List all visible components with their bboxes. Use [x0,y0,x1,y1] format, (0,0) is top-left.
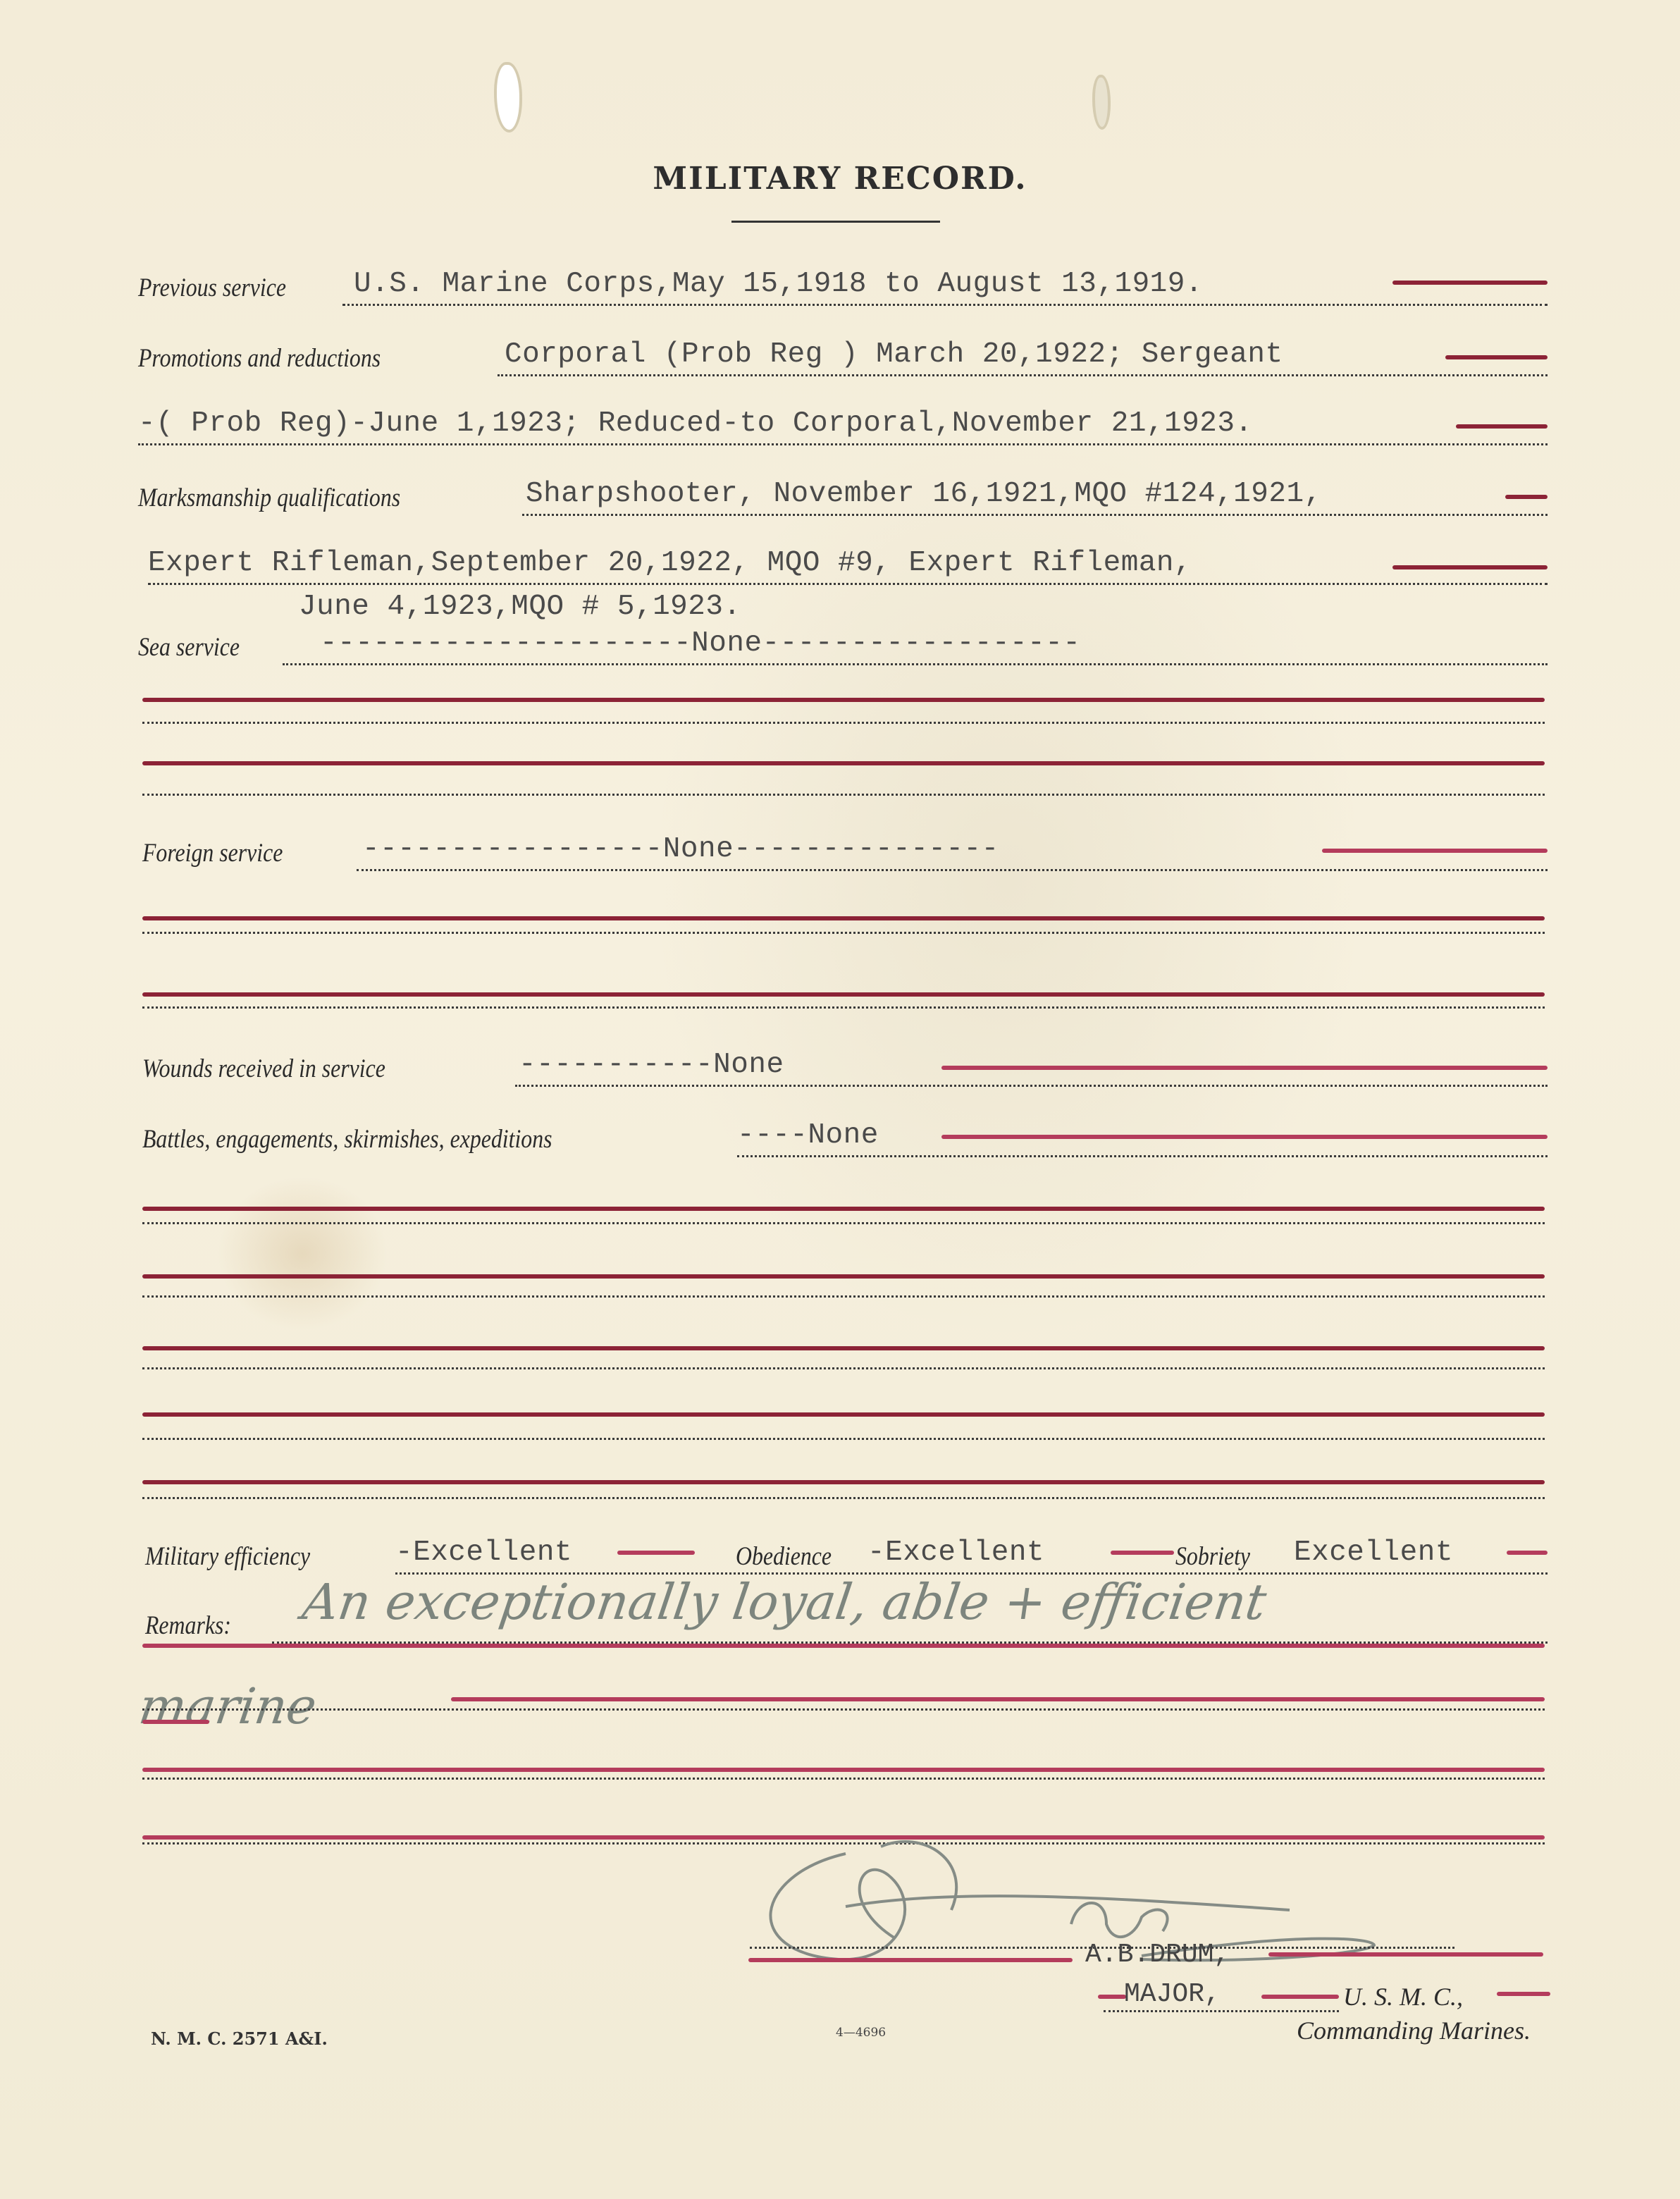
dotted-rule [148,583,1548,585]
sea-service-value: ---------------------None---------------… [320,627,1080,660]
promotions-value-line2: -( Prob Reg)-June 1,1923; Reduced-to Cor… [138,407,1253,440]
marksmanship-value-line1: Sharpshooter, November 16,1921,MQO #124,… [526,478,1322,510]
red-rule [142,1412,1545,1417]
battles-label: Battles, engagements, skirmishes, expedi… [142,1124,552,1154]
remarks-handwriting-line2: marine [135,1677,320,1735]
dotted-rule [142,932,1545,934]
punch-hole-left [497,65,519,130]
field-previous-service: Previous service U.S. Marine Corps,May 1… [138,266,1548,309]
obedience-label: Obedience [736,1541,832,1572]
red-rule [1261,1995,1339,1999]
sobriety-label: Sobriety [1175,1541,1250,1572]
previous-service-value: U.S. Marine Corps,May 15,1918 to August … [354,268,1203,300]
sea-service-label: Sea service [138,632,240,663]
red-rule [142,698,1545,702]
wounds-label: Wounds received in service [142,1054,385,1084]
red-rule [142,1768,1545,1772]
field-wounds: Wounds received in service -----------No… [138,1047,1548,1090]
dotted-rule [737,1155,1548,1157]
military-efficiency-label: Military efficiency [145,1541,310,1572]
red-rule [1322,849,1548,853]
field-marksmanship: Marksmanship qualifications Sharpshooter… [138,476,1548,519]
dotted-rule [498,374,1548,376]
field-battles: Battles, engagements, skirmishes, expedi… [138,1118,1548,1160]
dotted-rule [142,1708,1545,1711]
red-rule [617,1551,695,1555]
red-rule [1098,1995,1126,1999]
red-rule [1497,1992,1550,1996]
page-title: MILITARY RECORD. [0,161,1680,197]
dotted-rule [522,514,1548,516]
red-rule [748,1958,1073,1962]
red-rule [1392,281,1548,285]
red-rule [142,1644,1545,1648]
form-number: N. M. C. 2571 A&I. [151,2028,328,2049]
dotted-rule [142,1222,1545,1224]
dotted-rule [138,443,1548,445]
marksmanship-value-line2: Expert Rifleman,September 20,1922, MQO #… [148,547,1192,579]
promotions-label: Promotions and reductions [138,343,381,374]
red-rule [1505,495,1548,499]
red-rule [941,1135,1548,1139]
dotted-rule [142,1778,1545,1780]
red-rule [142,1274,1545,1279]
wounds-value: -----------None [519,1049,784,1081]
dotted-rule [283,663,1548,665]
red-rule [142,1207,1545,1211]
marksmanship-value-line3: June 4,1923,MQO # 5,1923. [299,591,741,623]
signatory-name: A.B.DRUM, [1085,1940,1230,1970]
field-marksmanship-continued-2: June 4,1923,MQO # 5,1923. [138,589,1548,632]
obedience-value: -Excellent [867,1536,1044,1569]
red-rule [142,916,1545,920]
red-rule [1456,424,1548,429]
marksmanship-label: Marksmanship qualifications [138,483,400,513]
red-rule [1507,1551,1548,1555]
dotted-rule [142,794,1545,796]
remarks-handwriting-line1: An exceptionally loyal, able + efficient [299,1573,1270,1631]
dotted-rule [357,869,1548,871]
dotted-rule [142,1367,1545,1369]
red-rule [142,761,1545,765]
dotted-rule [142,722,1545,724]
title-underline [731,221,940,223]
red-rule [1445,355,1548,359]
dotted-rule [1104,2010,1339,2012]
dotted-rule [342,304,1548,306]
field-conduct-ratings: Military efficiency -Excellent Obedience… [138,1535,1548,1577]
red-rule [142,1720,209,1724]
signatory-title: Commanding Marines. [1297,2016,1531,2045]
remarks-label: Remarks: [145,1610,231,1641]
signatory-branch: U. S. M. C., [1343,1982,1463,2012]
sobriety-value: Excellent [1294,1536,1453,1569]
field-promotions: Promotions and reductions Corporal (Prob… [138,337,1548,379]
punch-hole-right [1095,78,1108,127]
red-rule [941,1066,1548,1070]
field-marksmanship-continued: Expert Rifleman,September 20,1922, MQO #… [138,546,1548,588]
red-rule [451,1697,1545,1701]
red-rule [142,992,1545,997]
military-efficiency-value: -Excellent [395,1536,572,1569]
print-code: 4—4696 [836,2026,886,2040]
foreign-service-label: Foreign service [142,838,283,868]
red-rule [142,1480,1545,1484]
field-foreign-service: Foreign service -----------------None---… [138,832,1548,874]
field-sea-service: Sea service ---------------------None---… [138,626,1548,668]
red-rule [142,1346,1545,1350]
dotted-rule [515,1085,1548,1087]
dotted-rule [142,1497,1545,1499]
dotted-rule [142,1438,1545,1440]
signatory-rank: MAJOR, [1124,1979,1221,2009]
field-promotions-continued: -( Prob Reg)-June 1,1923; Reduced-to Cor… [138,406,1548,448]
previous-service-label: Previous service [138,273,286,303]
dotted-rule [142,1006,1545,1009]
battles-value: ----None [737,1119,879,1152]
red-rule [1392,565,1548,569]
red-rule [1268,1952,1543,1957]
foreign-service-value: -----------------None--------------- [362,833,999,866]
promotions-value-line1: Corporal (Prob Reg ) March 20,1922; Serg… [505,338,1283,371]
dotted-rule [142,1295,1545,1298]
red-rule [1111,1551,1174,1555]
